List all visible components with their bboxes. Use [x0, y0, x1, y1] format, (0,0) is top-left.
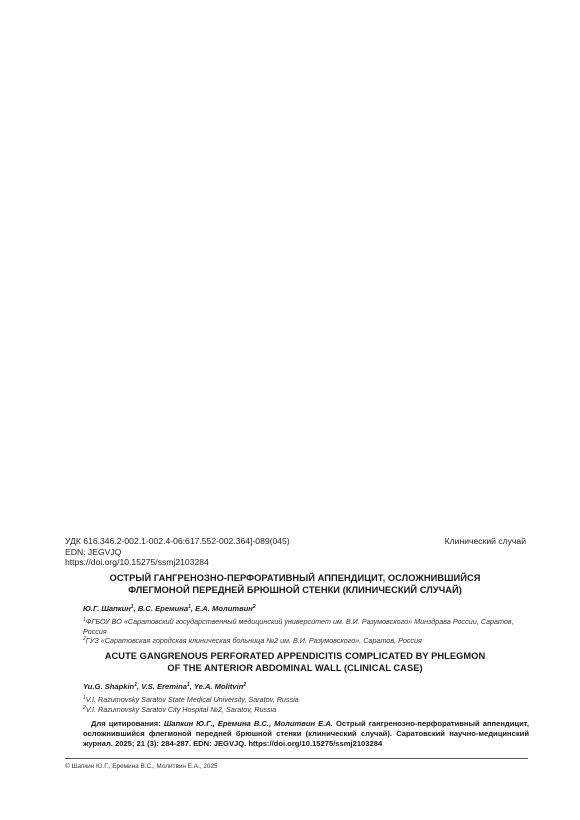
author-sup: 1: [134, 682, 137, 688]
affiliation-text: V.I. Razumovsky Saratov State Medical Un…: [86, 695, 299, 704]
copyright-notice: © Шапкин Ю.Г., Еремина В.С., Молитвин Е.…: [65, 763, 218, 770]
title-en-line-1: ACUTE GANGRENOUS PERFORATED APPENDICITIS…: [60, 651, 530, 663]
section-label: Клинический случай: [445, 536, 526, 547]
author-sup: 1: [187, 682, 190, 688]
author: В.С. Еремина: [138, 604, 188, 613]
affiliation: 2ГУЗ «Саратовская городская клиническая …: [83, 636, 528, 646]
author-sup: 2: [243, 682, 246, 688]
author-sup: 2: [253, 604, 256, 610]
affiliation: 1ФГБОУ ВО «Саратовский государственный м…: [83, 617, 528, 636]
affiliation-text: ФГБОУ ВО «Саратовский государственный ме…: [83, 617, 514, 636]
title-en-line-2: OF THE ANTERIOR ABDOMINAL WALL (CLINICAL…: [60, 663, 530, 675]
author: Ю.Г. Шапкин: [83, 604, 131, 613]
citation-label: Для цитирования:: [91, 719, 161, 728]
affiliation-text: V.I. Razumovsky Saratov City Hospital №2…: [86, 705, 276, 714]
edn-code: EDN: JEGVJQ: [65, 547, 290, 558]
author-sup: 1: [131, 604, 134, 610]
author-sup: 1: [188, 604, 191, 610]
affiliation: 1V.I. Razumovsky Saratov State Medical U…: [83, 695, 528, 705]
affiliations-russian: 1ФГБОУ ВО «Саратовский государственный м…: [83, 617, 528, 646]
udc-code: УДК 616.346.2-002.1-002.4-06:617.552-002…: [65, 536, 290, 547]
doi-link[interactable]: https://doi.org/10.15275/ssmj2103284: [65, 557, 290, 568]
citation-block: Для цитирования: Шапкин Ю.Г., Еремина В.…: [83, 719, 529, 749]
author: V.S. Eremina: [141, 682, 187, 691]
article-metadata: УДК 616.346.2-002.1-002.4-06:617.552-002…: [65, 536, 290, 568]
citation-authors: Шапкин Ю.Г., Еремина В.С., Молитвин Е.А.: [164, 719, 333, 728]
authors-english: Yu.G. Shapkin1, V.S. Eremina1, Ye.A. Mol…: [83, 682, 246, 691]
authors-russian: Ю.Г. Шапкин1, В.С. Еремина1, Е.А. Молитв…: [83, 604, 256, 613]
title-english: ACUTE GANGRENOUS PERFORATED APPENDICITIS…: [60, 651, 530, 675]
author: Ye.A. Molitvin: [194, 682, 244, 691]
affiliation: 2V.I. Razumovsky Saratov City Hospital №…: [83, 705, 528, 715]
title-ru-line-1: ОСТРЫЙ ГАНГРЕНОЗНО-ПЕРФОРАТИВНЫЙ АППЕНДИ…: [60, 573, 530, 585]
affiliation-text: ГУЗ «Саратовская городская клиническая б…: [86, 636, 422, 645]
title-ru-line-2: ФЛЕГМОНОЙ ПЕРЕДНЕЙ БРЮШНОЙ СТЕНКИ (КЛИНИ…: [60, 585, 530, 597]
footnote-divider: [65, 758, 528, 759]
affiliations-english: 1V.I. Razumovsky Saratov State Medical U…: [83, 695, 528, 714]
author: Е.А. Молитвин: [195, 604, 253, 613]
title-russian: ОСТРЫЙ ГАНГРЕНОЗНО-ПЕРФОРАТИВНЫЙ АППЕНДИ…: [60, 573, 530, 597]
author: Yu.G. Shapkin: [83, 682, 134, 691]
